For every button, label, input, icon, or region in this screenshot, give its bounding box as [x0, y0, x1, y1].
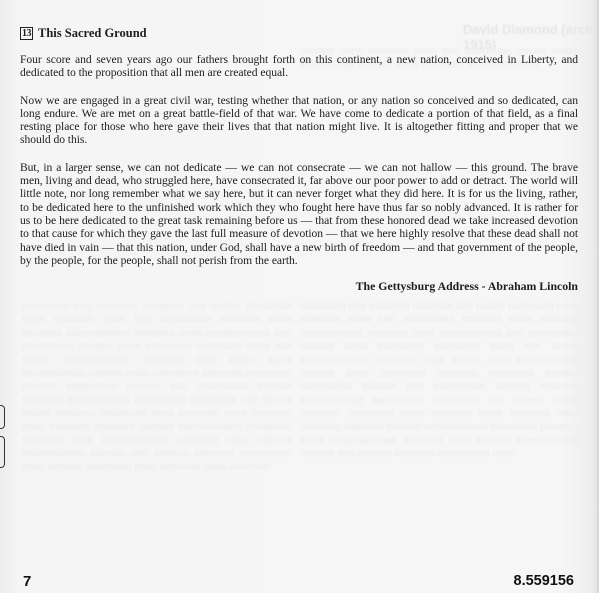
- paragraph-3: But, in a larger sense, we can not dedic…: [20, 161, 578, 267]
- binding-mark-icon: [0, 436, 5, 468]
- attribution: The Gettysburg Address - Abraham Lincoln: [20, 279, 578, 294]
- paragraph-2: Now we are engaged in a great civil war,…: [20, 94, 578, 147]
- track-number-badge: 13: [20, 27, 33, 40]
- track-notes: 13 This Sacred Ground Four score and sev…: [20, 25, 578, 294]
- bleed-through-text-right: nnnnnnnn nnn nnnnnnn nnnnnnn nnn nnnnn n…: [300, 300, 580, 461]
- catalog-number: 8.559156: [514, 573, 574, 589]
- bleed-through-text-left: nnnnnnnn nnn nnnnnnn nnnnnnn nnn nnnnn n…: [22, 300, 292, 474]
- paragraph-1: Four score and seven years ago our fathe…: [20, 53, 578, 80]
- binding-mark-icon: [0, 405, 5, 429]
- booklet-page: David Diamond (arch. 1915) nnnnnn nnnn n…: [0, 0, 599, 593]
- track-title: This Sacred Ground: [38, 25, 147, 41]
- track-heading: 13 This Sacred Ground: [20, 25, 578, 41]
- page-number: 7: [23, 573, 31, 590]
